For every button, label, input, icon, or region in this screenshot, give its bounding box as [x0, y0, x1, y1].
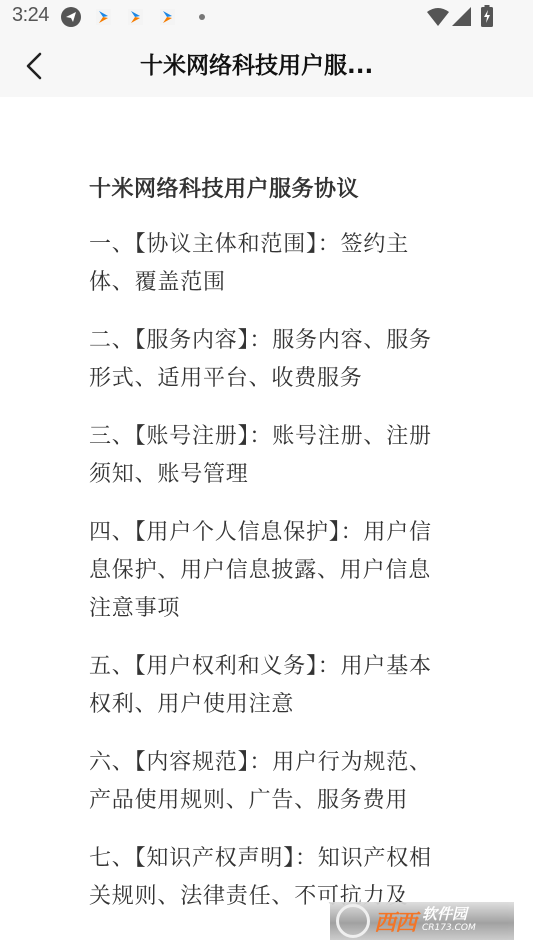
watermark-name: 软件园: [422, 907, 476, 921]
app-notification-icon: [128, 9, 143, 25]
agreement-section: 三、【账号注册】：账号注册、注册须知、账号管理: [89, 418, 451, 494]
app-header: 十米网络科技用户服...: [0, 33, 533, 97]
wifi-icon: [427, 8, 449, 30]
back-button[interactable]: [14, 45, 54, 85]
battery-charging-icon: [481, 5, 493, 31]
agreement-section: 四、【用户个人信息保护】：用户信息保护、用户信息披露、用户信息注意事项: [89, 514, 451, 628]
agreement-section: 五、【用户权利和义务】：用户基本权利、用户使用注意: [89, 648, 451, 724]
agreement-section: 一、【协议主体和范围】：签约主体、覆盖范围: [89, 226, 451, 302]
status-bar: 3:24: [0, 0, 533, 33]
watermark-logo-icon: [336, 904, 370, 938]
document-title: 十米网络科技用户服务协议: [89, 170, 451, 210]
chevron-left-icon: [24, 52, 44, 80]
watermark-brand: 西西: [374, 906, 416, 937]
agreement-content: 十米网络科技用户服务协议 一、【协议主体和范围】：签约主体、覆盖范围 二、【服务…: [89, 170, 451, 936]
app-notification-icon: [160, 9, 175, 25]
more-notifications-dot: [199, 14, 205, 20]
app-notification-icon: [96, 9, 111, 25]
agreement-section: 六、【内容规范】：用户行为规范、产品使用规则、广告、服务费用: [89, 744, 451, 820]
telegram-icon: [61, 7, 81, 27]
status-time: 3:24: [12, 4, 49, 27]
cellular-signal-icon: [452, 7, 471, 30]
watermark-url: CR173.COM: [422, 921, 476, 935]
watermark-overlay: 西西 软件园 CR173.COM: [330, 902, 514, 940]
page-title: 十米网络科技用户服...: [140, 51, 400, 81]
agreement-section: 二、【服务内容】：服务内容、服务形式、适用平台、收费服务: [89, 322, 451, 398]
